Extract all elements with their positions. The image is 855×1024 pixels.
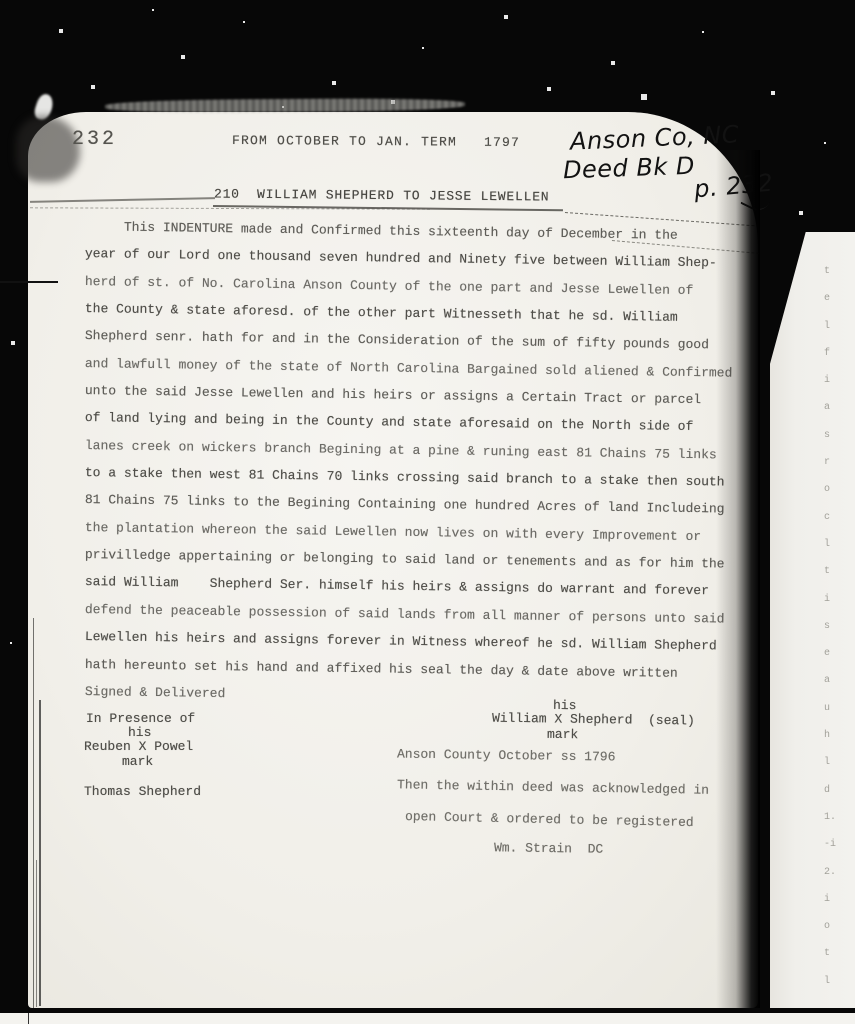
text-fragment: e [824,293,836,320]
text-fragment: o [824,484,836,511]
text-fragment: t [824,948,836,975]
adjacent-page-edge: telfiasrocltiseauhld1.-i2.iotl [770,232,855,1008]
term-header: FROM OCTOBER TO JAN. TERM 1797 [232,133,520,150]
text-fragment: f [824,348,836,375]
text-fragment: r [824,457,836,484]
text-fragment: t [824,566,836,593]
text-fragment: -i [824,839,836,866]
grantor-signature: William X Shepherd (seal) [492,711,695,729]
handwritten-deed-book-note: Deed Bk D [563,152,696,185]
scan-artifact-top-smudge [105,98,465,114]
text-fragment: h [824,730,836,757]
clerk-signature: Wm. Strain DC [494,840,603,857]
acknowledgment-court-line: Anson County October ss 1796 [397,746,616,764]
adjacent-page-text-fragments: telfiasrocltiseauhld1.-i2.iotl [824,266,836,1003]
text-fragment: t [824,266,836,293]
witness-name: Reuben X Powel [84,739,193,754]
text-fragment: l [824,539,836,566]
text-fragment: o [824,921,836,948]
scan-noise-speckles [0,0,2,2]
text-fragment: d [824,785,836,812]
text-fragment: s [824,621,836,648]
page-number: 232 [72,128,117,151]
scan-scratch-line-3 [36,860,37,1007]
signature-mark-label: mark [547,727,578,742]
scanned-deed-page: 232 FROM OCTOBER TO JAN. TERM 1797 Anson… [0,0,855,1024]
text-fragment: u [824,703,836,730]
text-fragment: a [824,402,836,429]
scan-bottom-strip [0,1013,855,1024]
witness-name-2: Thomas Shepherd [84,784,201,799]
witness-presence-line: In Presence of [86,711,195,726]
text-fragment: i [824,894,836,921]
text-fragment: l [824,976,836,1003]
text-fragment: i [824,594,836,621]
witness-mark-label: mark [122,754,153,769]
deed-entry-title: 210 WILLIAM SHEPHERD TO JESSE LEWELLEN [214,187,550,205]
scan-scratch-line-2 [39,700,41,1006]
witness-his-label: his [128,725,151,740]
text-fragment: s [824,430,836,457]
text-fragment: c [824,512,836,539]
deed-body-text: This INDENTURE made and Confirmed this s… [85,219,733,711]
text-fragment: e [824,648,836,675]
text-fragment: a [824,675,836,702]
scan-bottom-tick [28,1013,29,1024]
book-gutter-shadow [716,150,760,1008]
text-fragment: 1. [824,812,836,839]
text-fragment: i [824,375,836,402]
scan-dash-mark [0,281,58,283]
text-fragment: l [824,321,836,348]
scan-scratch-line [33,618,34,1008]
text-fragment: l [824,757,836,784]
text-fragment: 2. [824,867,836,894]
